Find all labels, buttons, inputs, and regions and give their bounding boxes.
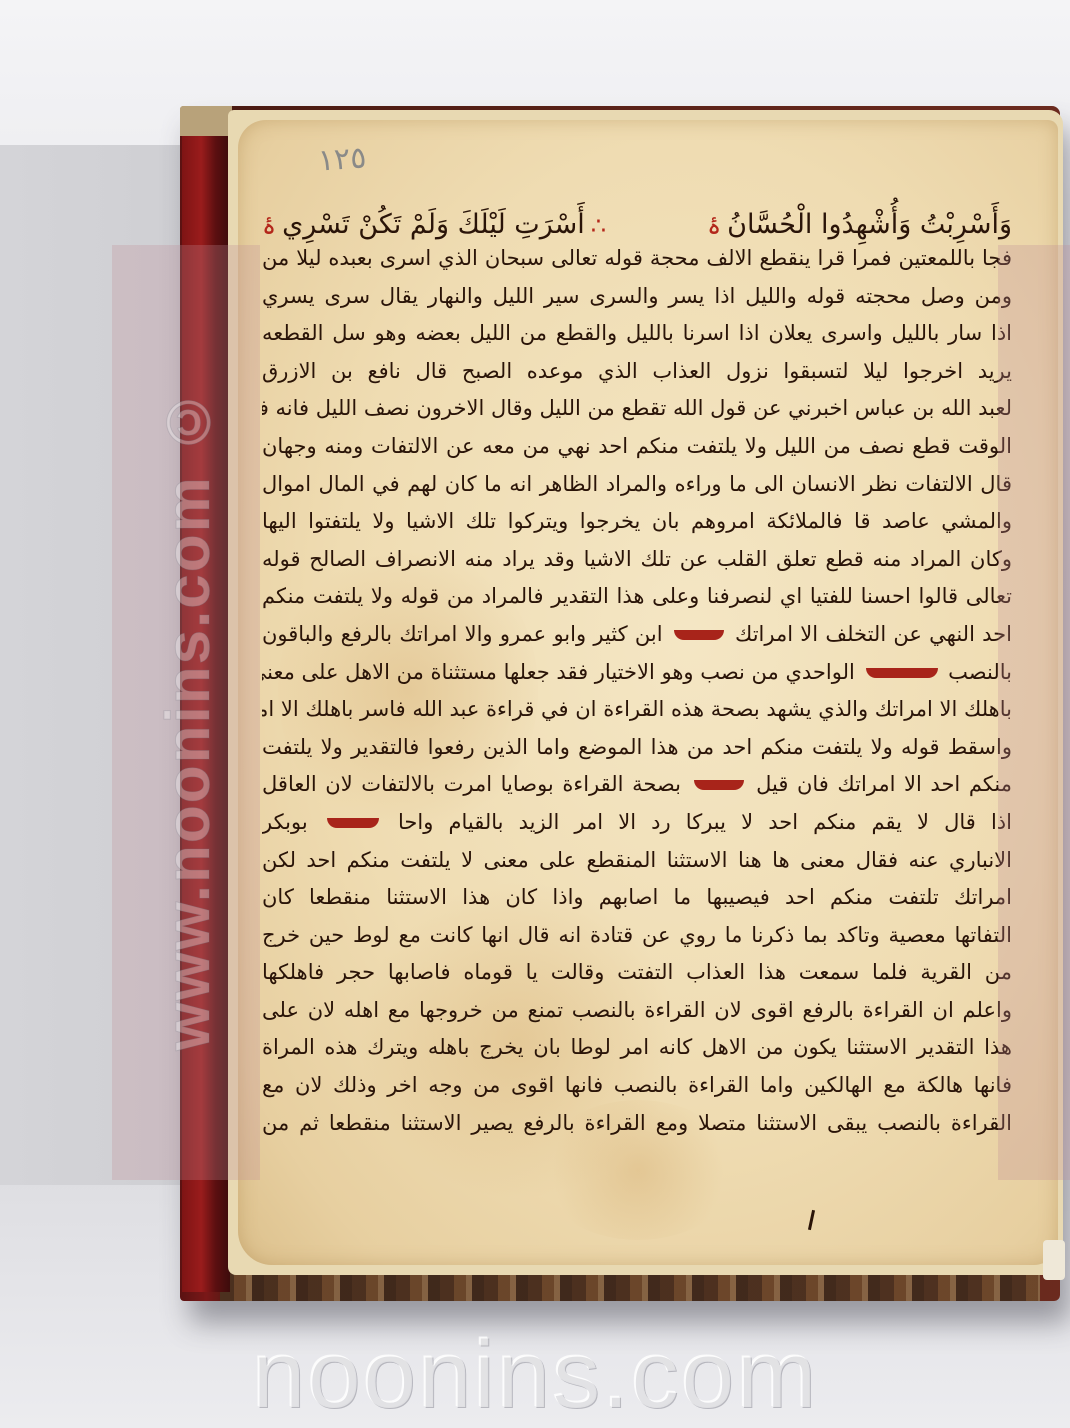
text-line: احد النهي عن التخلف الا امراتك ابن كثير … (262, 616, 1012, 654)
verse-heading-left: ∴ أَسْرَتِ لَيْلَكَ وَلَمْ تَكُنْ تَسْرِ… (262, 209, 606, 240)
text-line: من القرية فلما سمعت هذا العذاب التفتت وق… (262, 954, 1012, 992)
text-line: واسقط قوله ولا يلتفت منكم احد من هذا الم… (262, 729, 1012, 767)
text-line: امراتك تلتفت منكم احد فيصيبها ما اصابهم … (262, 879, 1012, 917)
text-line: لعبد الله بن عباس اخبرني عن قول الله تقط… (262, 390, 1012, 428)
text-line: اذا سار بالليل واسرى يعلان اذا اسرنا بال… (262, 315, 1012, 353)
line-text: الواحدي من نصب وهو الاختيار فقد جعلها مس… (262, 660, 862, 684)
line-text: اذا قال لا يقم منكم احد لا يبركا رد الا … (383, 810, 1012, 834)
line-text: فانها هالكة مع الهالكين واما القراءة بال… (262, 1073, 1012, 1097)
line-text: امراتك تلتفت منكم احد فيصيبها ما اصابهم … (262, 885, 1012, 909)
bottom-watermark: noonins.com (0, 1320, 1070, 1428)
line-text: التفاتها معصية وتاكد بما ذكرنا ما روي عن… (262, 923, 1012, 947)
line-text: فجا باللمعتين فمرا قرا ينقطع الالف محجة … (262, 246, 1012, 270)
line-text: احد النهي عن التخلف الا امراتك (728, 622, 1012, 646)
verse-text: أَسْرَتِ لَيْلَكَ وَلَمْ تَكُنْ تَسْرِي (282, 209, 585, 240)
line-text: قال الالتفات نظر الانسان الى ما وراءه وا… (262, 472, 1012, 496)
text-line: الانباري عنه فقال معنى ها هنا الاستثنا ا… (262, 842, 1012, 880)
line-text: تعالى قالوا احسنا للفتيا اي لنصرفنا وعلى… (262, 584, 1012, 608)
verse-heading-right: وَأَسْرِبْتُ وَأُشْهِدُوا الْحُسَّانُ ۂ (707, 209, 1012, 240)
text-line: القراءة بالنصب يبقى الاستثنا متصلا ومع ا… (262, 1105, 1012, 1143)
line-text: هذا التقدير الاستثنا يكون من الاهل كانه … (262, 1035, 1012, 1059)
line-text: وكان المراد منه قطع تعلق القلب عن تلك ال… (262, 547, 1012, 571)
text-line: اذا قال لا يقم منكم احد لا يبركا رد الا … (262, 804, 1012, 842)
spine-worn-edge (180, 106, 232, 136)
vertical-watermark: www.noonins.com © (148, 255, 228, 1180)
manuscript-text: وَأَسْرِبْتُ وَأُشْهِدُوا الْحُسَّانُ ۂ … (262, 180, 1012, 1142)
text-line: بالنصب الواحدي من نصب وهو الاختيار فقد ج… (262, 654, 1012, 692)
line-text: الوقت قطع نصف من الليل ولا يلتفت منكم اح… (262, 434, 1012, 458)
text-line: التفاتها معصية وتاكد بما ذكرنا ما روي عن… (262, 917, 1012, 955)
line-text: الانباري عنه فقال معنى ها هنا الاستثنا ا… (262, 848, 1012, 872)
line-text: بوبكر (262, 810, 323, 834)
text-line: يريد اخرجوا ليلا لتسبقوا نزول العذاب الذ… (262, 353, 1012, 391)
verse-text: وَأَسْرِبْتُ وَأُشْهِدُوا الْحُسَّانُ (727, 209, 1012, 240)
page-corner-tab (1043, 1240, 1065, 1280)
line-text: يريد اخرجوا ليلا لتسبقوا نزول العذاب الذ… (262, 359, 1012, 383)
line-text: منكم احد الا امراتك فان قيل (748, 772, 1012, 796)
verse-end-marker-icon: ۂ (707, 212, 721, 240)
text-lines: فجا باللمعتين فمرا قرا ينقطع الالف محجة … (262, 240, 1012, 1142)
folio-number: ١٢٥ (317, 140, 368, 178)
text-line: قال الالتفات نظر الانسان الى ما وراءه وا… (262, 466, 1012, 504)
text-line: هذا التقدير الاستثنا يكون من الاهل كانه … (262, 1029, 1012, 1067)
line-text: لعبد الله بن عباس اخبرني عن قول الله تقط… (262, 396, 1012, 420)
rubric-mark (327, 818, 379, 828)
line-text: بصحة القراءة بوصايا امرت بالالتفات لان ا… (262, 772, 690, 796)
verse-end-marker-icon: ۂ (262, 212, 276, 240)
line-text: واسقط قوله ولا يلتفت منكم احد من هذا الم… (262, 735, 1012, 759)
line-text: ومن وصل محجته قوله والليل اذا يسر والسرى… (262, 284, 1012, 308)
watermark-strip-right (998, 245, 1070, 1180)
line-text: اذا سار بالليل واسرى يعلان اذا اسرنا بال… (262, 321, 1012, 345)
text-line: باهلك الا امراتك والذي يشهد بصحة هذه الق… (262, 691, 1012, 729)
line-text: من القرية فلما سمعت هذا العذاب التفتت وق… (262, 960, 1012, 984)
text-line: واعلم ان القراءة بالرفع اقوى لان القراءة… (262, 992, 1012, 1030)
line-text: والمشي عاصد قا فالملائكة امروهم بان يخرج… (262, 509, 1012, 533)
text-line: وكان المراد منه قطع تعلق القلب عن تلك ال… (262, 541, 1012, 579)
rubric-mark (694, 780, 744, 790)
rubric-mark (674, 630, 724, 640)
rubric-mark (866, 668, 938, 678)
text-line: منكم احد الا امراتك فان قيل بصحة القراءة… (262, 766, 1012, 804)
text-line: فجا باللمعتين فمرا قرا ينقطع الالف محجة … (262, 240, 1012, 278)
line-text: القراءة بالنصب يبقى الاستثنا متصلا ومع ا… (262, 1111, 1012, 1135)
line-text: واعلم ان القراءة بالرفع اقوى لان القراءة… (262, 998, 1012, 1022)
line-text: باهلك الا امراتك والذي يشهد بصحة هذه الق… (262, 697, 1012, 721)
verse-heading-row: وَأَسْرِبْتُ وَأُشْهِدُوا الْحُسَّانُ ۂ … (262, 180, 1012, 240)
text-line: ومن وصل محجته قوله والليل اذا يسر والسرى… (262, 278, 1012, 316)
text-line: والمشي عاصد قا فالملائكة امروهم بان يخرج… (262, 503, 1012, 541)
text-line: الوقت قطع نصف من الليل ولا يلتفت منكم اح… (262, 428, 1012, 466)
text-line: تعالى قالوا احسنا للفتيا اي لنصرفنا وعلى… (262, 578, 1012, 616)
text-line: فانها هالكة مع الهالكين واما القراءة بال… (262, 1067, 1012, 1105)
verse-start-marker-icon: ∴ (591, 212, 606, 240)
line-text: ابن كثير وابو عمرو والا امراتك بالرفع وا… (262, 622, 670, 646)
